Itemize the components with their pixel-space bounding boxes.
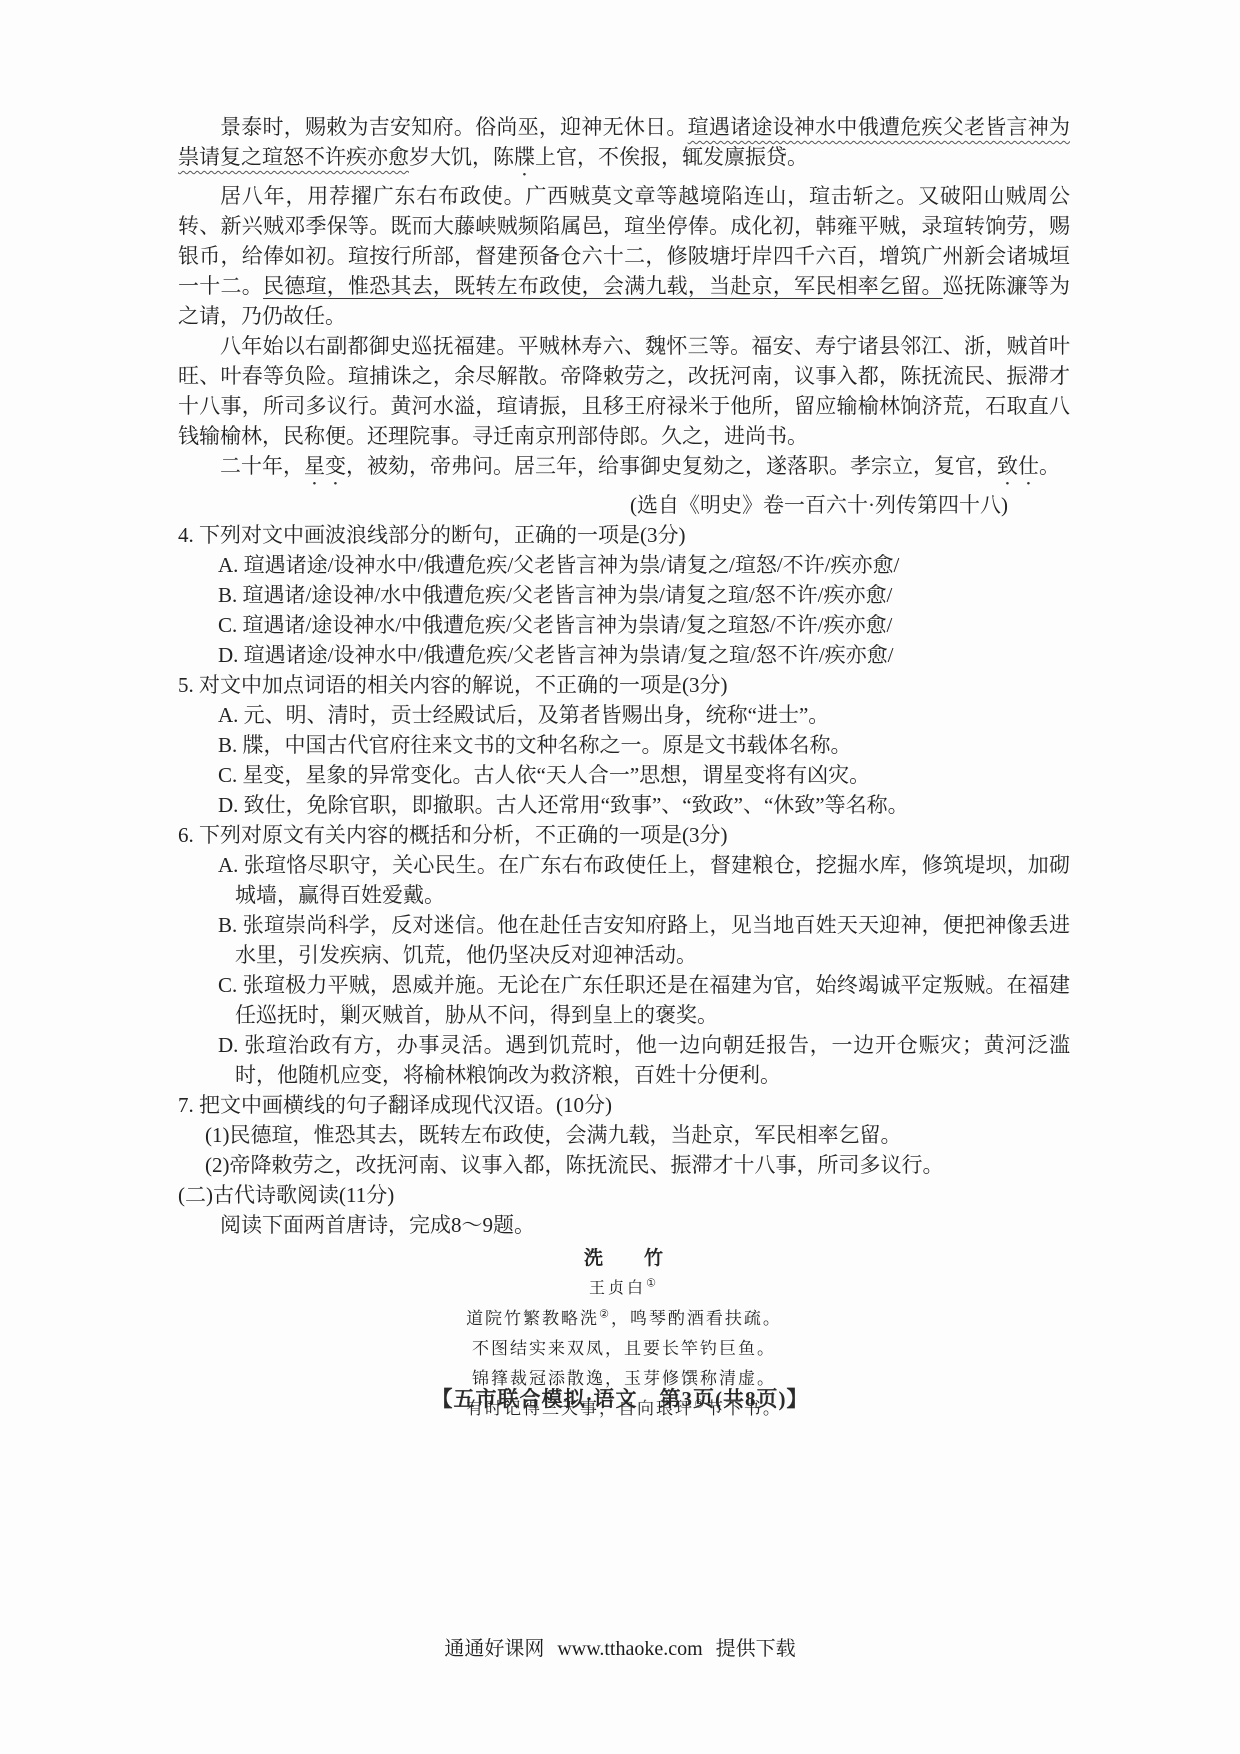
question-4-option-a: A. 瑄遇诸途/设神水中/俄遭危疾/父老皆言神为祟/请复之/瑄怒/不许/疾亦愈/ bbox=[218, 550, 1070, 580]
section-2-heading: (二)古代诗歌阅读(11分) bbox=[178, 1180, 1070, 1210]
question-5-option-a: A. 元、明、清时，贡士经殿试后，及第者皆赐出身，统称“进士”。 bbox=[218, 700, 1070, 730]
passage-source-citation: (选自《明史》卷一百六十·列传第四十八) bbox=[178, 490, 1070, 520]
question-6-option-c: C. 张瑄极力平贼，恩威并施。无论在广东任职还是在福建为官，始终竭诚平定叛贼。在… bbox=[218, 970, 1070, 1030]
passage-text: 岁大饥，陈 bbox=[409, 145, 514, 169]
passage-text: ，被劾，帝弗问。居三年，给事御史复劾之，遂落职。孝宗立，复官， bbox=[346, 454, 997, 478]
poem-title: 洗 竹 bbox=[178, 1244, 1070, 1274]
question-7-item-1: (1)民德瑄，惟恐其去，既转左布政使，会满九载，当赴京，军民相率乞留。 bbox=[205, 1120, 1070, 1150]
passage-paragraph-2: 居八年，用荐擢广东右布政使。广西贼莫文章等越境陷连山，瑄击斩之。又破阳山贼周公转… bbox=[178, 181, 1070, 331]
page-content: 景泰时，赐敕为吉安知府。俗尚巫，迎神无休日。瑄遇诸途设神水中俄遭危疾父老皆言神为… bbox=[178, 112, 1070, 1424]
passage-paragraph-1: 景泰时，赐敕为吉安知府。俗尚巫，迎神无休日。瑄遇诸途设神水中俄遭危疾父老皆言神为… bbox=[178, 112, 1070, 181]
passage-text: 。 bbox=[1039, 454, 1060, 478]
scanned-exam-page: 景泰时，赐敕为吉安知府。俗尚巫，迎神无休日。瑄遇诸途设神水中俄遭危疾父老皆言神为… bbox=[0, 0, 1240, 1754]
question-6-stem: 6. 下列对原文有关内容的概括和分析，不正确的一项是(3分) bbox=[178, 820, 1070, 850]
poem-text: ，鸣琴酌酒看扶疏。 bbox=[611, 1309, 782, 1328]
question-6-option-d: D. 张瑄治政有方，办事灵活。遇到饥荒时，他一边向朝廷报告，一边开仓赈灾；黄河泛… bbox=[218, 1030, 1070, 1090]
dotted-word: 星变 bbox=[304, 454, 346, 478]
question-5-option-d: D. 致仕，免除官职，即撤职。古人还常用“致事”、“致政”、“休致”等名称。 bbox=[218, 790, 1070, 820]
question-7-item-2: (2)帝降敕劳之，改抚河南、议事入都，陈抚流民、振滞才十八事，所司多议行。 bbox=[205, 1150, 1070, 1180]
poem-text: 道院竹繁教略洗 bbox=[466, 1309, 599, 1328]
passage-text: 上官，不俟报，辄发廪振贷。 bbox=[535, 145, 808, 169]
underlined-sentence-1: 民德瑄，惟恐其去，既转左布政使，会满九载，当赴京，军民相率乞留。 bbox=[263, 274, 943, 298]
question-5-option-c: C. 星变，星象的异常变化。古人依“天人合一”思想，谓星变将有凶灾。 bbox=[218, 760, 1070, 790]
question-4-stem: 4. 下列对文中画波浪线部分的断句，正确的一项是(3分) bbox=[178, 520, 1070, 550]
question-4-option-d: D. 瑄遇诸途/设神水中/俄遭危疾/父老皆言神为祟请/复之瑄/怒不许/疾亦愈/ bbox=[218, 640, 1070, 670]
passage-text: 八年始以右副都御史巡抚福建。平贼林寿六、魏怀三等。福安、寿宁诸县邻江、浙，贼首叶… bbox=[178, 334, 1070, 448]
passage-paragraph-3: 八年始以右副都御史巡抚福建。平贼林寿六、魏怀三等。福安、寿宁诸县邻江、浙，贼首叶… bbox=[178, 331, 1070, 451]
poem-author-note-marker: ① bbox=[646, 1278, 659, 1290]
question-5-stem: 5. 对文中加点词语的相关内容的解说，不正确的一项是(3分) bbox=[178, 670, 1070, 700]
dotted-word: 牒 bbox=[514, 145, 535, 169]
passage-paragraph-4: 二十年，星变，被劾，帝弗问。居三年，给事御史复劾之，遂落职。孝宗立，复官，致仕。 bbox=[178, 451, 1070, 490]
poem-note-marker: ② bbox=[599, 1308, 611, 1320]
watermark: 通通好课网 www.tthaoke.com 提供下载 bbox=[0, 1632, 1240, 1661]
passage-text: 景泰时，赐敕为吉安知府。俗尚巫，迎神无休日。 bbox=[220, 115, 688, 139]
question-7-stem: 7. 把文中画横线的句子翻译成现代汉语。(10分) bbox=[178, 1090, 1070, 1120]
passage-text: 二十年， bbox=[220, 454, 304, 478]
dotted-word: 致仕 bbox=[997, 454, 1039, 478]
poem-author-name: 王贞白 bbox=[589, 1280, 646, 1297]
question-6-option-a: A. 张瑄恪尽职守，关心民生。在广东右布政使任上，督建粮仓，挖掘水库，修筑堤坝，… bbox=[218, 850, 1070, 910]
poem-line-1: 道院竹繁教略洗②，鸣琴酌酒看扶疏。 bbox=[178, 1304, 1070, 1334]
poem-author: 王贞白① bbox=[178, 1274, 1070, 1304]
page-footer: 【五市联合模拟·语文 第3页(共8页)】 bbox=[0, 1383, 1240, 1413]
section-2-intro: 阅读下面两首唐诗，完成8～9题。 bbox=[178, 1210, 1070, 1240]
question-6-option-b: B. 张瑄崇尚科学，反对迷信。他在赴任吉安知府路上，见当地百姓天天迎神，便把神像… bbox=[218, 910, 1070, 970]
question-4-option-b: B. 瑄遇诸/途设神/水中俄遭危疾/父老皆言神为祟/请复之瑄/怒不许/疾亦愈/ bbox=[218, 580, 1070, 610]
question-5-option-b: B. 牒，中国古代官府往来文书的文种名称之一。原是文书载体名称。 bbox=[218, 730, 1070, 760]
question-4-option-c: C. 瑄遇诸/途设神水/中俄遭危疾/父老皆言神为祟请/复之瑄怒/不许/疾亦愈/ bbox=[218, 610, 1070, 640]
poem-line-2: 不图结实来双凤，且要长竿钓巨鱼。 bbox=[178, 1334, 1070, 1364]
